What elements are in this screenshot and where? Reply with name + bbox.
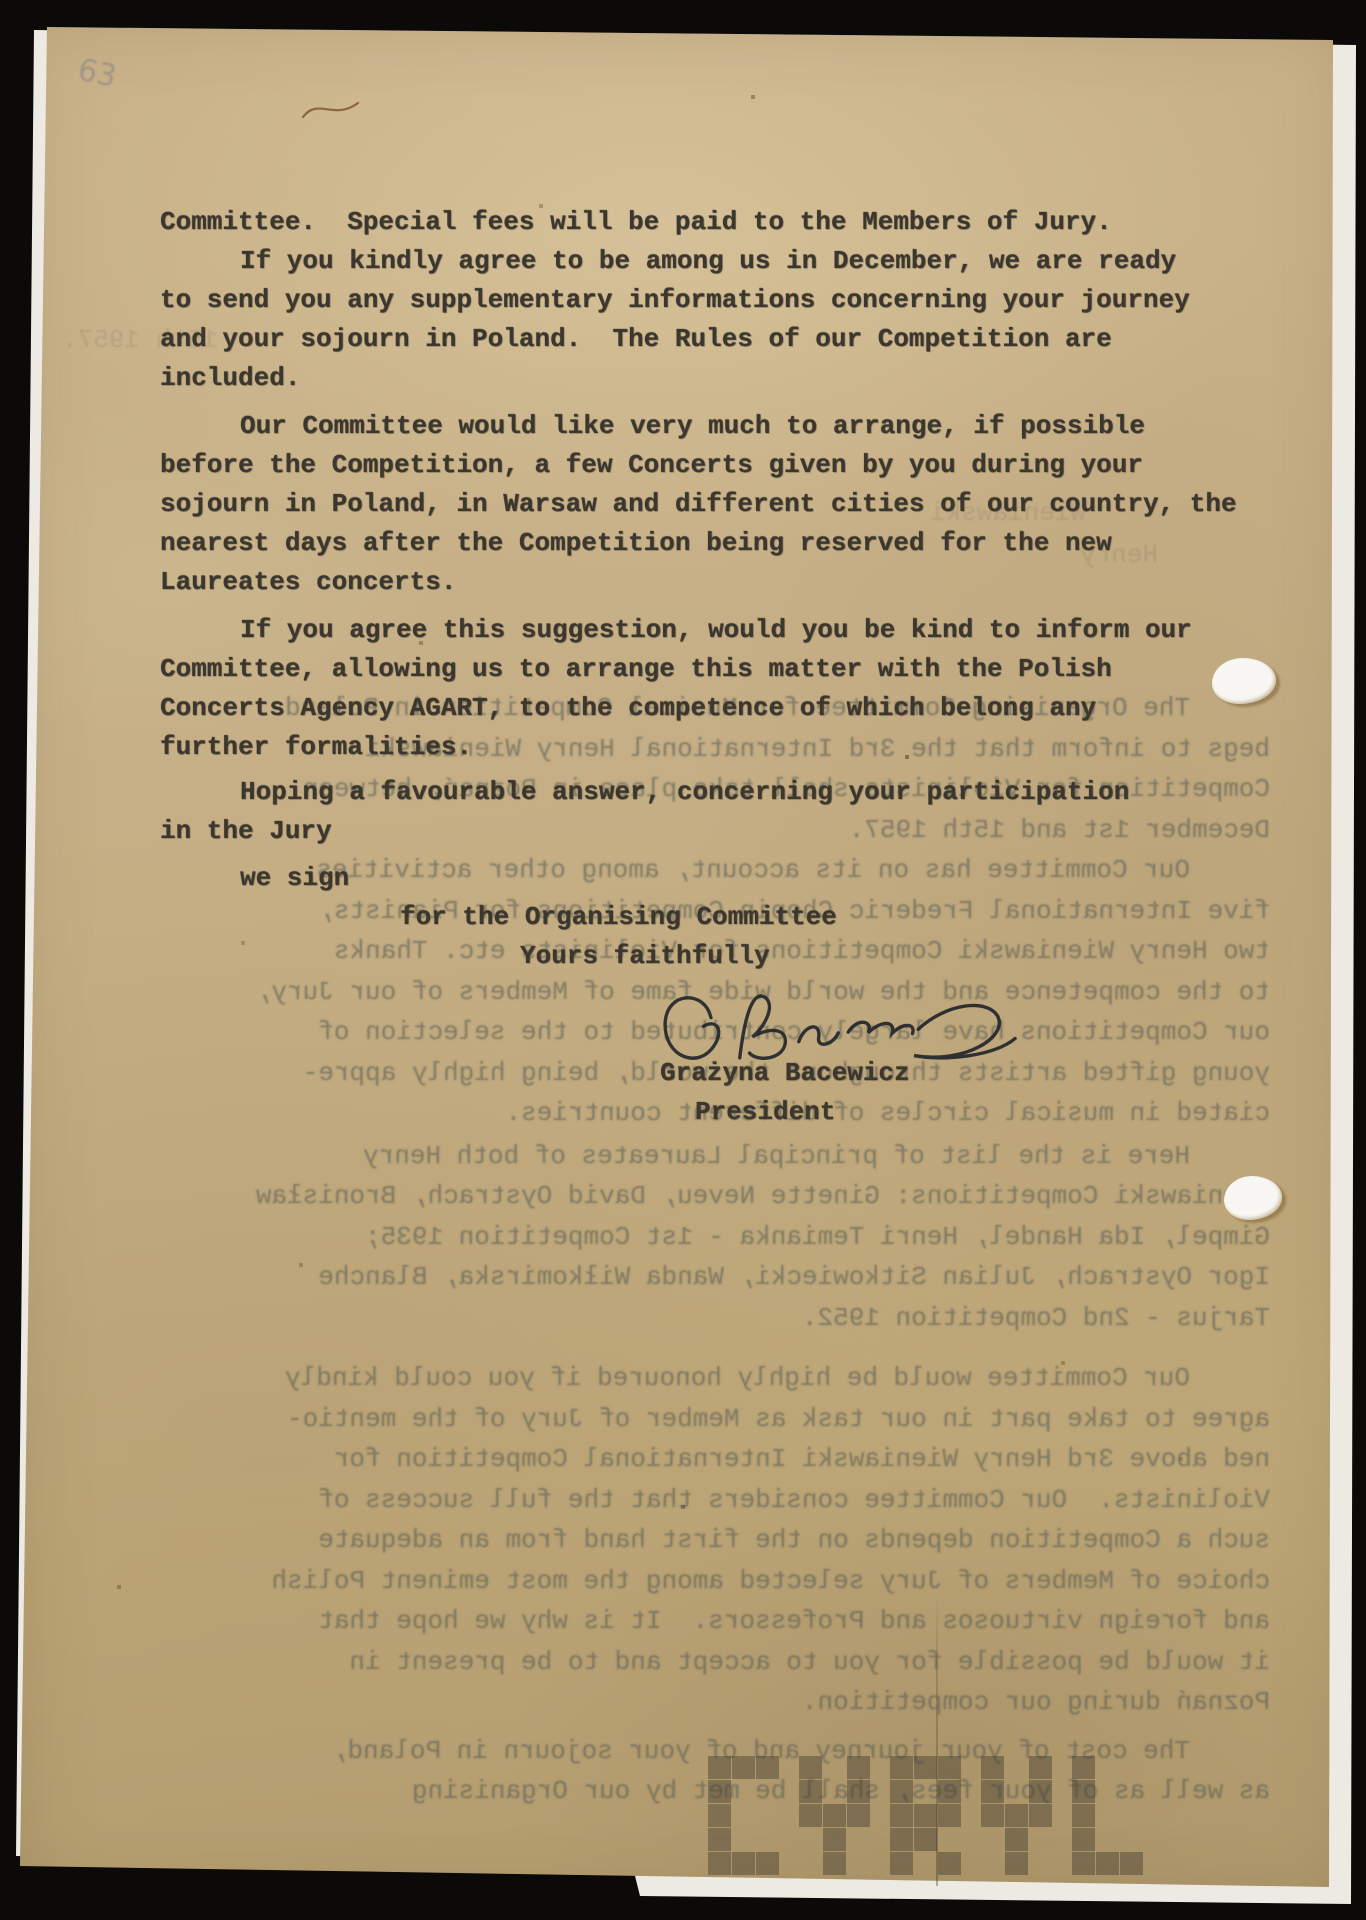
bleed-line: Violinists. Our Committee considers that…	[80, 1480, 1270, 1521]
watermark-block	[823, 1828, 846, 1851]
watermark-block	[823, 1852, 846, 1875]
watermark-block	[890, 1804, 913, 1827]
watermark-block	[799, 1828, 822, 1851]
bleed-line: it would be possible for you to accept a…	[80, 1642, 1270, 1683]
watermark-block	[1029, 1756, 1052, 1779]
watermark-block	[1096, 1756, 1119, 1779]
watermark-block	[756, 1828, 779, 1851]
watermark-block	[708, 1804, 731, 1827]
watermark-block	[732, 1852, 755, 1875]
watermark-block	[890, 1780, 913, 1803]
watermark-block	[756, 1756, 779, 1779]
watermark-block	[1005, 1804, 1028, 1827]
paper-specks	[0, 0, 2, 2]
cyryl-archive-watermark	[708, 1756, 1143, 1875]
bleed-line: Here is the list of principal Laureates …	[80, 1136, 1190, 1177]
watermark-block	[1096, 1828, 1119, 1851]
typed-line: for the Organising Committee	[400, 898, 1310, 937]
watermark-block	[1072, 1780, 1095, 1803]
watermark-block	[1072, 1828, 1095, 1851]
watermark-block	[938, 1828, 961, 1851]
watermark-block	[847, 1804, 870, 1827]
watermark-block	[914, 1780, 937, 1803]
watermark-block	[914, 1852, 937, 1875]
watermark-block	[1029, 1804, 1052, 1827]
watermark-block	[938, 1804, 961, 1827]
watermark-block	[1096, 1804, 1119, 1827]
watermark-block	[1120, 1804, 1143, 1827]
typed-line: Our Committee would like very much to ar…	[240, 407, 1310, 446]
watermark-block	[890, 1852, 913, 1875]
watermark-block	[1029, 1852, 1052, 1875]
watermark-block	[708, 1828, 731, 1851]
watermark-block	[732, 1756, 755, 1779]
watermark-block	[914, 1756, 937, 1779]
watermark-block	[756, 1852, 779, 1875]
watermark-block	[914, 1828, 937, 1851]
watermark-block	[938, 1780, 961, 1803]
watermark-letter	[890, 1756, 961, 1875]
watermark-block	[732, 1780, 755, 1803]
typed-line: If you kindly agree to be among us in De…	[240, 242, 1310, 281]
typed-line: President	[695, 1093, 1310, 1132]
watermark-block	[981, 1828, 1004, 1851]
watermark-letter	[981, 1756, 1052, 1875]
typed-line: nearest days after the Competition being…	[160, 524, 1310, 563]
watermark-block	[981, 1756, 1004, 1779]
bleed-line: Poznań during our competition.	[80, 1682, 1270, 1723]
watermark-letter	[1072, 1756, 1143, 1875]
watermark-block	[1120, 1828, 1143, 1851]
watermark-block	[799, 1756, 822, 1779]
watermark-block	[1005, 1828, 1028, 1851]
watermark-block	[1005, 1756, 1028, 1779]
bleed-line: and foreign virtuosos and Professors. It…	[80, 1601, 1270, 1642]
typed-line: Hoping a favourable answer, concerning y…	[240, 773, 1310, 812]
watermark-block	[1120, 1852, 1143, 1875]
watermark-block	[1029, 1828, 1052, 1851]
typed-line: to send you any supplementary informatio…	[160, 281, 1310, 320]
watermark-block	[732, 1804, 755, 1827]
watermark-block	[799, 1780, 822, 1803]
watermark-block	[847, 1852, 870, 1875]
watermark-block	[1072, 1804, 1095, 1827]
typed-line: Committee. Special fees will be paid to …	[160, 203, 1310, 242]
watermark-letter	[799, 1756, 870, 1875]
watermark-block	[981, 1852, 1004, 1875]
pencil-archive-number: 63	[75, 52, 120, 94]
typed-line: and your sojourn in Poland. The Rules of…	[160, 320, 1310, 359]
watermark-block	[1096, 1780, 1119, 1803]
watermark-block	[938, 1756, 961, 1779]
bleed-line: Wieniawski Competitions: Ginette Neveu, …	[80, 1176, 1270, 1217]
watermark-block	[847, 1828, 870, 1851]
typed-line: sojourn in Poland, in Warsaw and differe…	[160, 485, 1310, 524]
watermark-block	[823, 1756, 846, 1779]
typed-line: before the Competition, a few Concerts g…	[160, 446, 1310, 485]
watermark-block	[890, 1756, 913, 1779]
watermark-block	[847, 1756, 870, 1779]
typed-line: included.	[160, 359, 1310, 398]
watermark-block	[890, 1828, 913, 1851]
typed-line: Concerts Agency AGART, to the competence…	[160, 689, 1310, 728]
bleed-line: such a Competition depends on the first …	[80, 1520, 1270, 1561]
watermark-block	[708, 1756, 731, 1779]
watermark-block	[823, 1804, 846, 1827]
paper-fiber	[300, 95, 364, 125]
typed-line: in the Jury	[160, 812, 1310, 851]
watermark-block	[1005, 1780, 1028, 1803]
typed-line: If you agree this suggestion, would you …	[240, 611, 1310, 650]
watermark-block	[823, 1780, 846, 1803]
bleed-line: Our Committee would be highly honoured i…	[80, 1358, 1190, 1399]
bleed-line: agree to take part in our task as Member…	[80, 1399, 1270, 1440]
watermark-block	[847, 1780, 870, 1803]
typed-line: we sign	[240, 859, 1310, 898]
watermark-block	[1005, 1852, 1028, 1875]
watermark-block	[981, 1804, 1004, 1827]
watermark-block	[732, 1828, 755, 1851]
watermark-letter	[708, 1756, 779, 1875]
typed-line: Laureates concerts.	[160, 563, 1310, 602]
bleed-line: Igor Oystrach, Julian Sitkowiecki, Wanda…	[80, 1257, 1270, 1298]
watermark-block	[1096, 1852, 1119, 1875]
bleed-line: choice of Members of Jury selected among…	[80, 1561, 1270, 1602]
watermark-block	[1120, 1756, 1143, 1779]
watermark-block	[708, 1852, 731, 1875]
watermark-block	[1072, 1852, 1095, 1875]
watermark-block	[708, 1780, 731, 1803]
watermark-block	[1072, 1756, 1095, 1779]
typed-line: Committee, allowing us to arrange this m…	[160, 650, 1310, 689]
watermark-block	[981, 1780, 1004, 1803]
watermark-block	[799, 1804, 822, 1827]
watermark-block	[938, 1852, 961, 1875]
watermark-block	[914, 1804, 937, 1827]
bleed-line: Tarjus - 2nd Competition 1952.	[80, 1298, 1270, 1339]
watermark-block	[1120, 1780, 1143, 1803]
watermark-block	[1029, 1780, 1052, 1803]
watermark-block	[756, 1804, 779, 1827]
bleed-line: Gimpel, Ida Handel, Henri Temianka - 1st…	[80, 1217, 1270, 1258]
watermark-block	[756, 1780, 779, 1803]
watermark-block	[799, 1852, 822, 1875]
bleed-line: ned above 3rd Henry Wieniawski Internati…	[80, 1439, 1270, 1480]
typed-line: further formalities.	[160, 728, 1310, 767]
